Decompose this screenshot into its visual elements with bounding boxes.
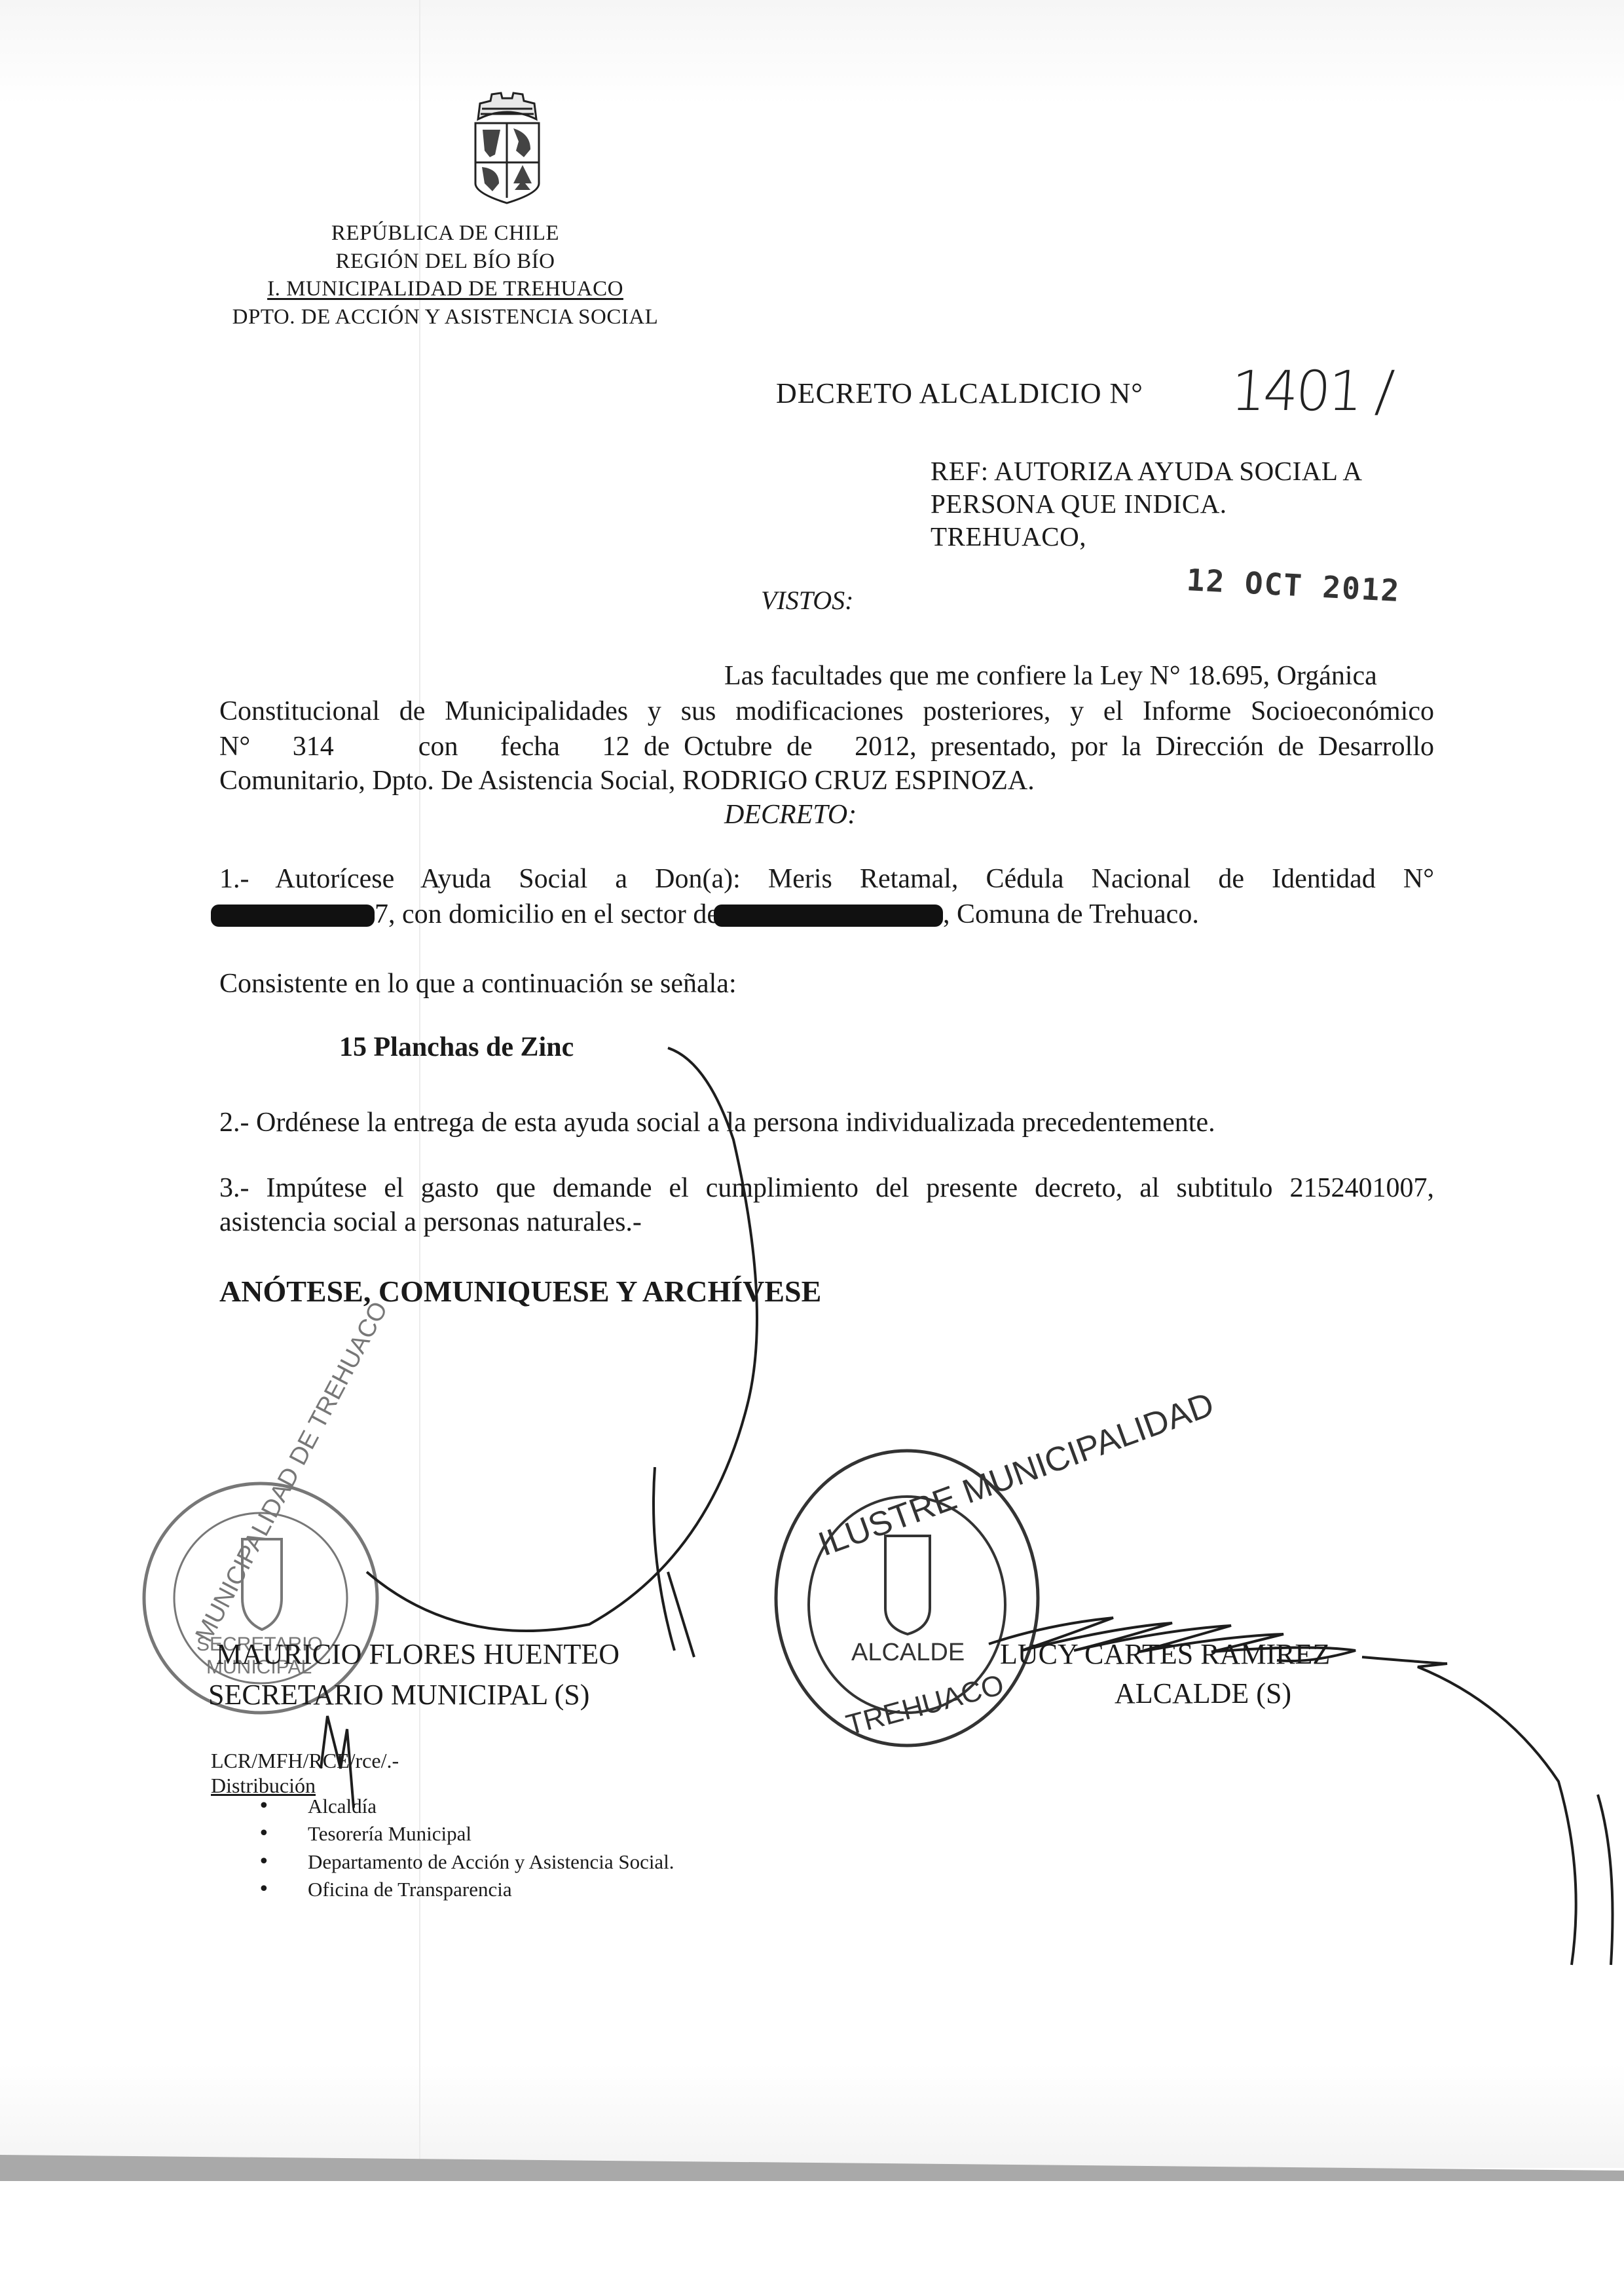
- bullet-icon: •: [258, 1822, 270, 1845]
- bullet-icon: •: [258, 1878, 270, 1901]
- header-country: REPÚBLICA DE CHILE: [196, 221, 694, 246]
- vistos-label: VISTOS:: [761, 585, 853, 616]
- svg-text:ALCALDE: ALCALDE: [851, 1639, 965, 1666]
- vistos-line-1: Las facultades que me confiere la Ley N°…: [724, 660, 1377, 692]
- secretary-role: SECRETARIO MUNICIPAL (S): [208, 1678, 589, 1711]
- header-department: DPTO. DE ACCIÓN Y ASISTENCIA SOCIAL: [196, 305, 694, 329]
- svg-text:ILUSTRE MUNICIPALIDAD: ILUSTRE MUNICIPALIDAD: [813, 1385, 1219, 1564]
- closing-formula: ANÓTESE, COMUNIQUESE Y ARCHÍVESE: [219, 1274, 821, 1309]
- mayor-role: ALCALDE (S): [1115, 1677, 1291, 1710]
- decreto-label: DECRETO:: [724, 799, 857, 830]
- header-municipality: I. MUNICIPALIDAD DE TREHUACO: [196, 277, 694, 301]
- item-1-line-2: 7, con domicilio en el sector de, Comuna…: [211, 899, 1199, 930]
- bullet-icon: •: [258, 1795, 270, 1818]
- item-1-address-text: 7, con domicilio en el sector de: [375, 899, 719, 929]
- consistente-text: Consistente en lo que a continuación se …: [219, 968, 1434, 999]
- decree-number-handwritten: 1401 /: [1229, 359, 1394, 423]
- item-3-line-2: asistencia social a personas naturales.-: [219, 1206, 1434, 1238]
- vistos-line-3: N° 314 con fecha 12 de Octubre de 2012, …: [219, 731, 1434, 762]
- initials-reference: LCR/MFH/RCE/rce/.-: [211, 1749, 399, 1773]
- ref-place: TREHUACO,: [931, 521, 1086, 552]
- bullet-icon: •: [258, 1850, 270, 1873]
- ref-line-2: PERSONA QUE INDICA.: [931, 488, 1227, 519]
- ref-line-1: REF: AUTORIZA AYUDA SOCIAL A: [931, 455, 1363, 487]
- municipal-crest-icon: [466, 85, 548, 206]
- vistos-line-4: Comunitario, Dpto. De Asistencia Social,…: [219, 765, 1434, 796]
- item-3-line-1: 3.- Impútese el gasto que demande el cum…: [219, 1172, 1434, 1204]
- item-2: 2.- Ordénese la entrega de esta ayuda so…: [219, 1107, 1434, 1138]
- mayor-name: LUCY CARTES RAMIREZ: [1000, 1637, 1330, 1671]
- document-page: REPÚBLICA DE CHILE REGIÓN DEL BÍO BÍO I.…: [0, 0, 1624, 2168]
- redacted-id-number: [211, 905, 375, 927]
- aid-item: 15 Planchas de Zinc: [339, 1032, 574, 1063]
- svg-text:MUNICIPALIDAD DE TREHUACO: MUNICIPALIDAD DE TREHUACO: [191, 1297, 394, 1647]
- secretary-name: MAURICIO FLORES HUENTEO: [216, 1637, 619, 1671]
- distribution-item: Departamento de Acción y Asistencia Soci…: [308, 1850, 674, 1874]
- date-stamp: 12 OCT 2012: [1186, 562, 1401, 608]
- decree-title: DECRETO ALCALDICIO N°: [776, 377, 1143, 410]
- vistos-line-2: Constitucional de Municipalidades y sus …: [219, 696, 1434, 727]
- distribution-item: Tesorería Municipal: [308, 1822, 471, 1846]
- distribution-item: Oficina de Transparencia: [308, 1878, 512, 1901]
- header-region: REGIÓN DEL BÍO BÍO: [196, 250, 694, 274]
- item-1-line-1: 1.- Autorícese Ayuda Social a Don(a): Me…: [219, 863, 1434, 895]
- svg-text:TREHUACO: TREHUACO: [843, 1669, 1007, 1742]
- distribution-item: Alcaldía: [308, 1795, 377, 1818]
- item-1-commune: , Comuna de Trehuaco.: [943, 899, 1199, 929]
- redacted-address: [714, 905, 943, 927]
